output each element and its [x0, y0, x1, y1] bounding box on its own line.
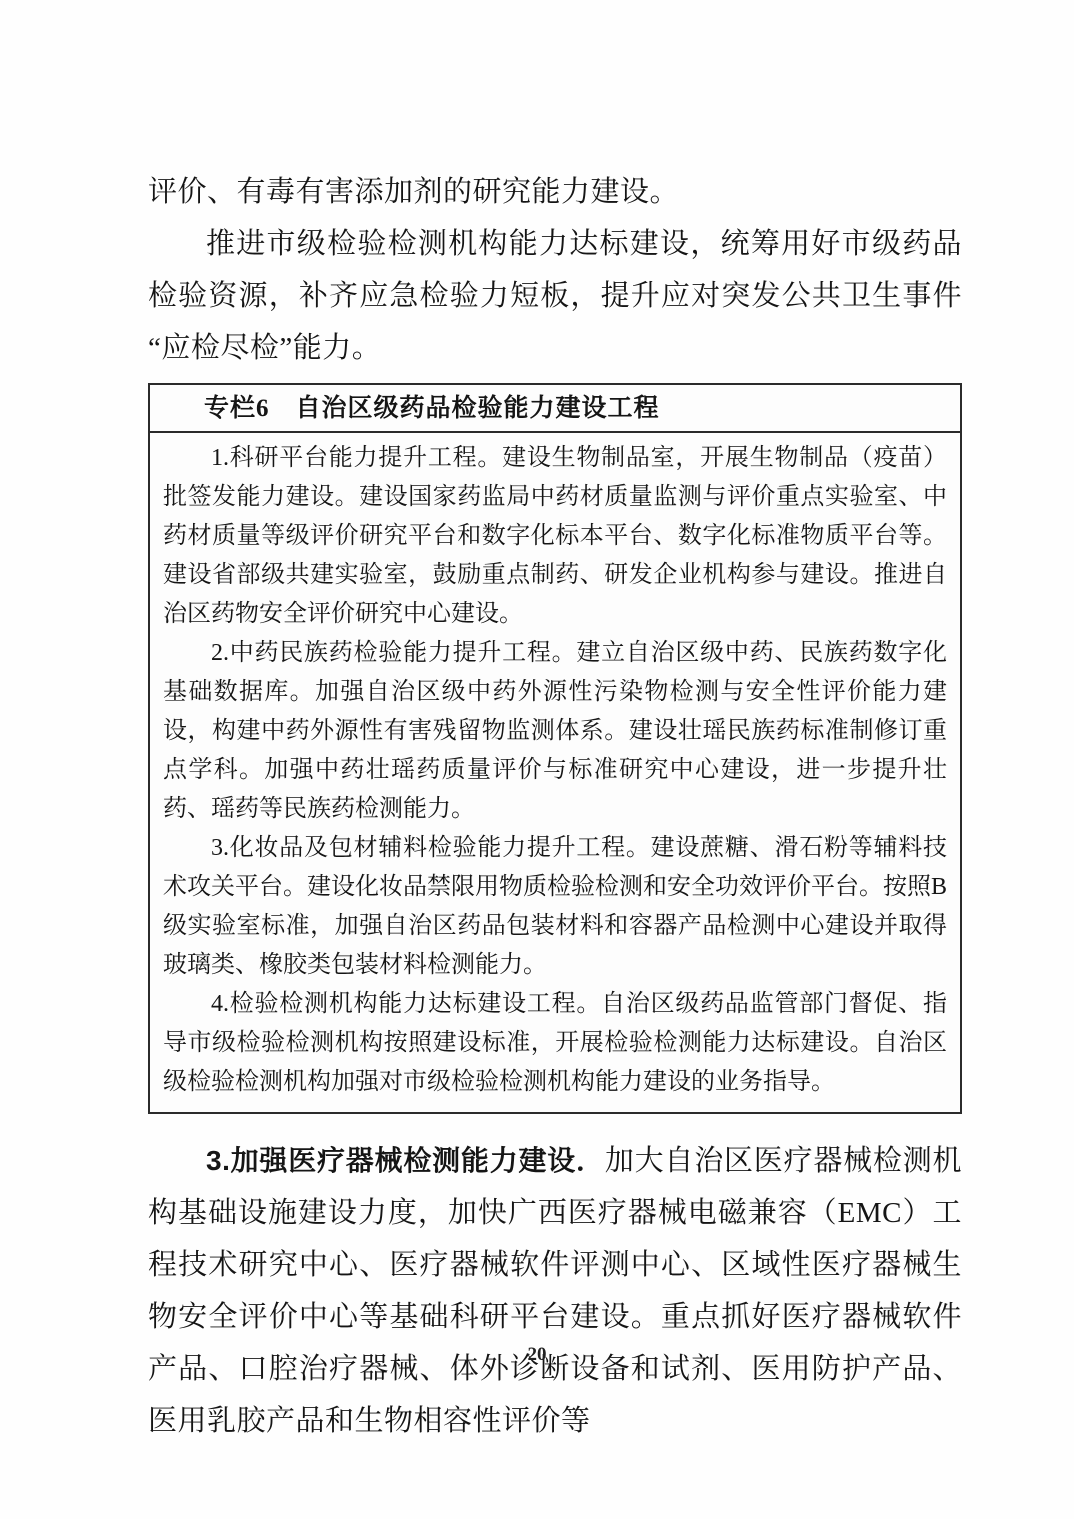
column-box-title: 专栏6 自治区级药品检验能力建设工程 [150, 385, 960, 433]
paragraph-body-text: 加大自治区医疗器械检测机构基础设施建设力度，加快广西医疗器械电磁兼容（EMC）工… [148, 1145, 962, 1437]
box-item-4-institution-standards: 4.检验检测机构能力达标建设工程。自治区级药品监管部门督促、指导市级检验检测机构… [163, 985, 947, 1102]
page-number: 20 [0, 1344, 1074, 1366]
document-page: 评价、有毒有害添加剂的研究能力建设。 推进市级检验检测机构能力达标建设，统筹用好… [0, 0, 1074, 1519]
paragraph-city-level-inspection: 推进市级检验检测机构能力达标建设，统筹用好市级药品检验资源，补齐应急检验力短板，… [148, 218, 962, 374]
box-item-1-research-platform: 1.科研平台能力提升工程。建设生物制品室，开展生物制品（疫苗）批签发能力建设。建… [163, 439, 947, 634]
paragraph-continuation: 评价、有毒有害添加剂的研究能力建设。 [148, 166, 962, 218]
paragraph-medical-device-testing: 3.加强医疗器械检测能力建设．加大自治区医疗器械检测机构基础设施建设力度，加快广… [148, 1135, 962, 1447]
box-item-3-cosmetics-packaging: 3.化妆品及包材辅料检验能力提升工程。建设蔗糖、滑石粉等辅料技术攻关平台。建设化… [163, 829, 947, 985]
box-item-2-tcm-ethnic-medicine: 2.中药民族药检验能力提升工程。建立自治区级中药、民族药数字化基础数据库。加强自… [163, 634, 947, 829]
column-box-6: 专栏6 自治区级药品检验能力建设工程 1.科研平台能力提升工程。建设生物制品室，… [148, 383, 962, 1114]
column-box-body: 1.科研平台能力提升工程。建设生物制品室，开展生物制品（疫苗）批签发能力建设。建… [150, 433, 960, 1112]
paragraph-bold-heading: 3.加强医疗器械检测能力建设． [206, 1145, 605, 1176]
